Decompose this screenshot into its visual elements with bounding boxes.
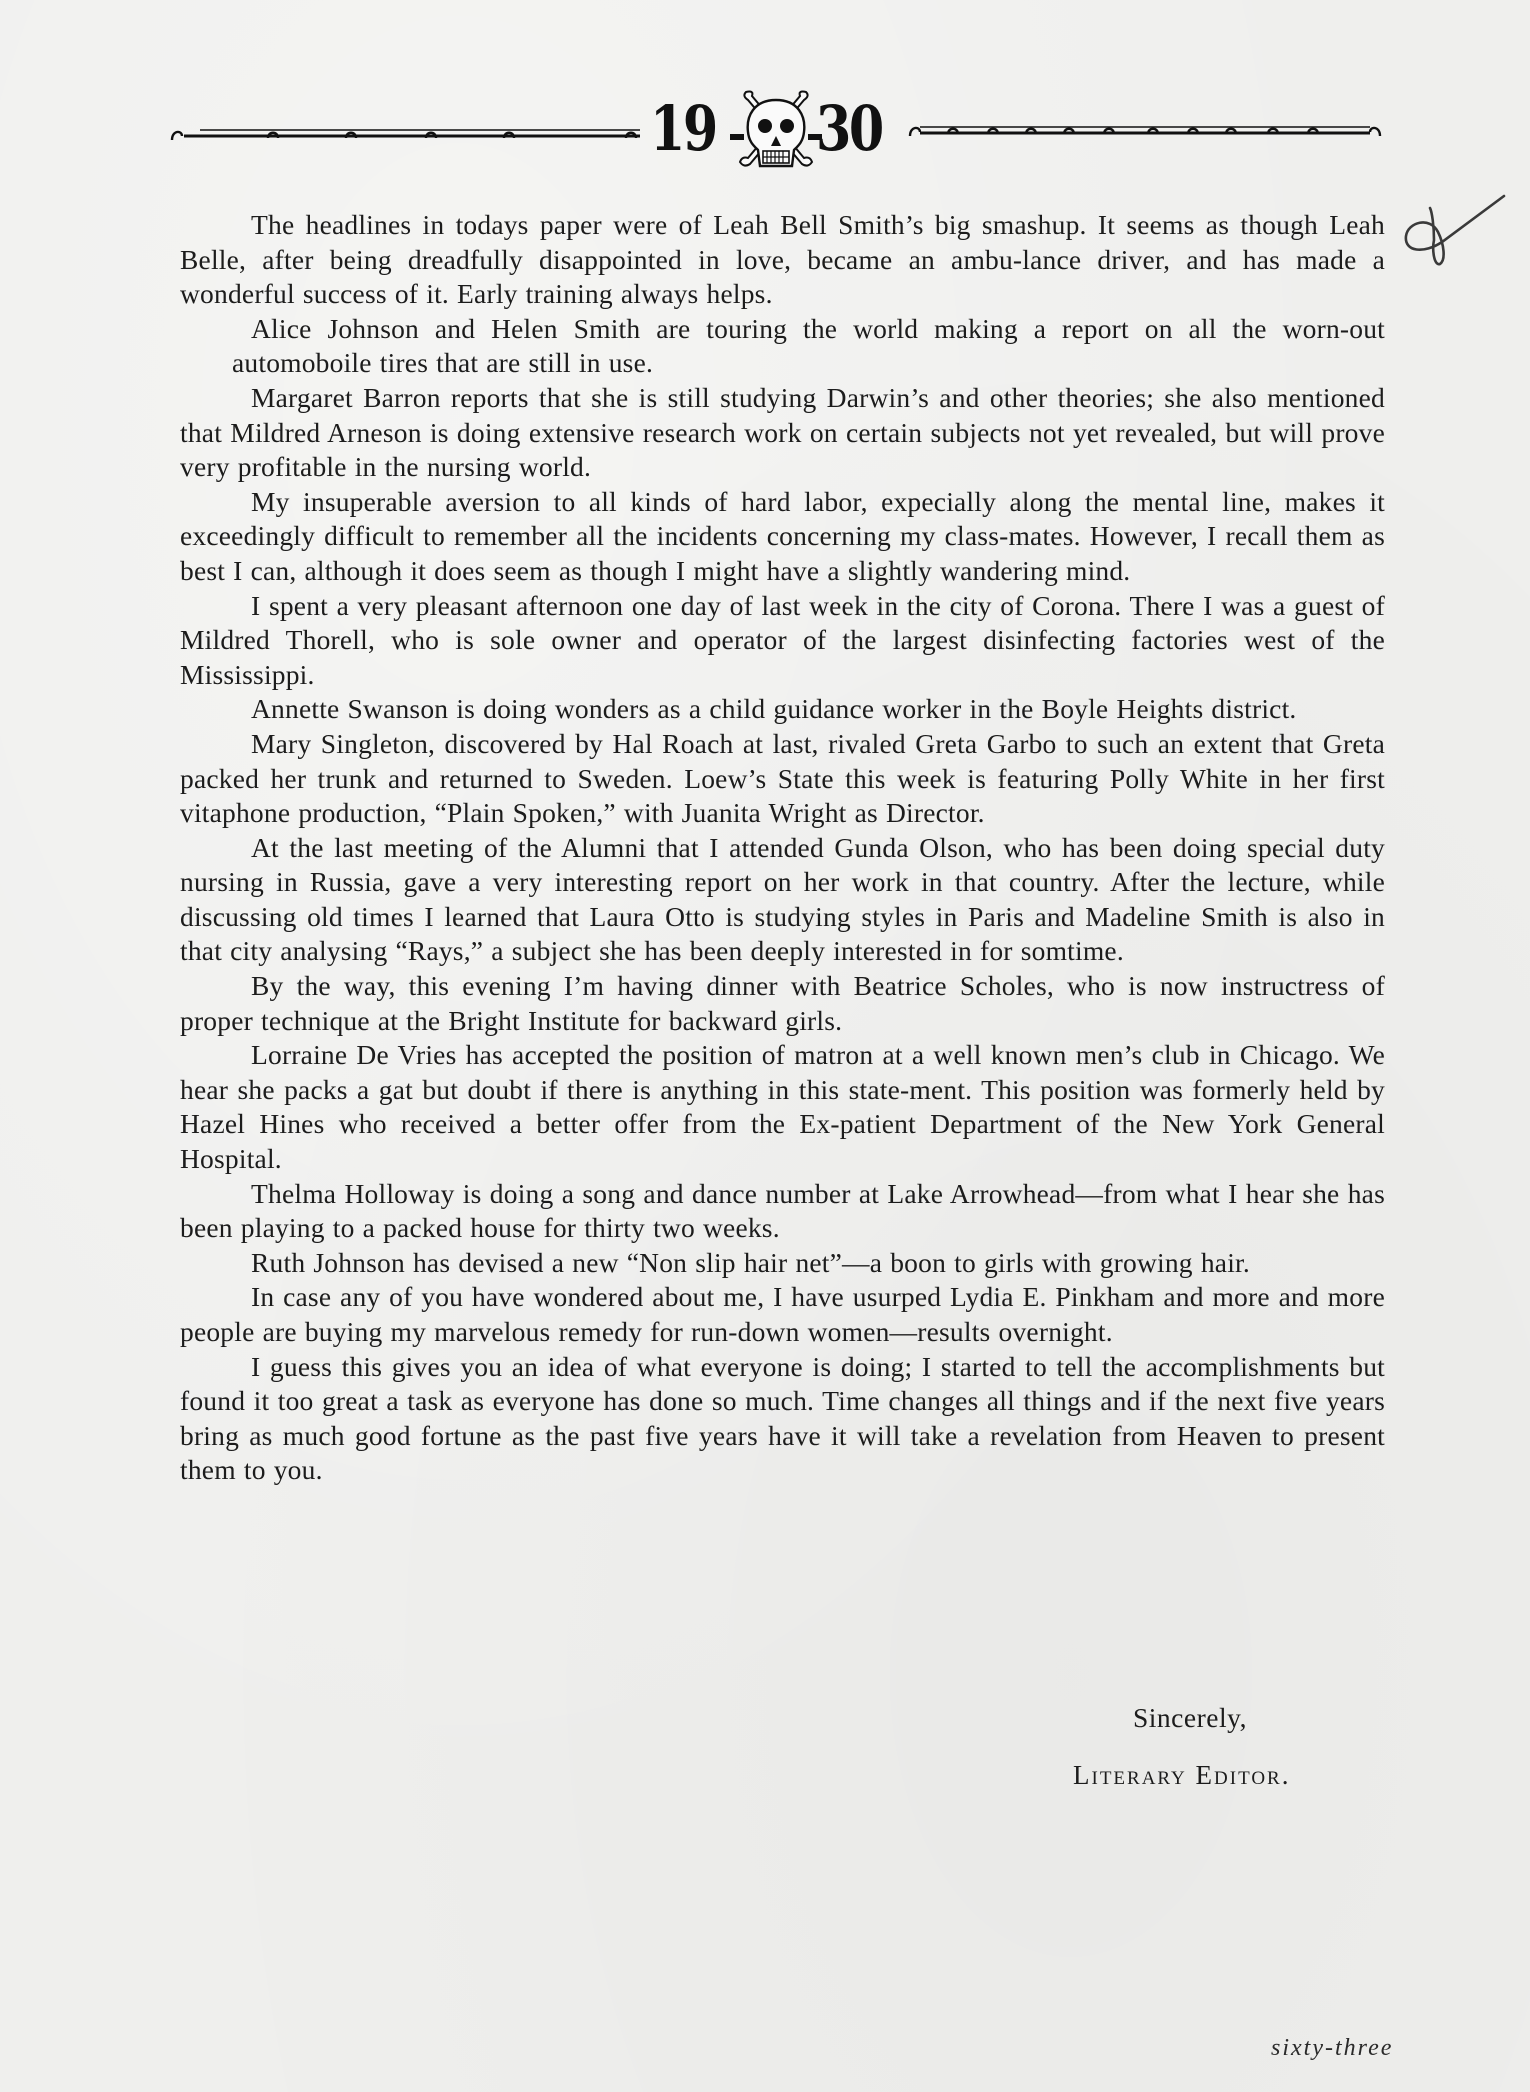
paragraph-ruth-johnson: Ruth Johnson has devised a new “Non slip… (180, 1246, 1385, 1281)
paragraph-corona-visit: I spent a very pleasant afternoon one da… (180, 589, 1385, 693)
paragraph-alumni-meeting: At the last meeting of the Alumni that I… (180, 831, 1385, 969)
valediction: Sincerely, (1133, 1702, 1247, 1734)
paragraph-alice-johnson: Alice Johnson and Helen Smith are tourin… (180, 312, 1385, 381)
paragraph-mary-singleton: Mary Singleton, discovered by Hal Roach … (180, 727, 1385, 831)
signature-literary-editor: Literary Editor. (1073, 1760, 1290, 1791)
paragraph-annette-swanson: Annette Swanson is doing wonders as a ch… (180, 692, 1385, 727)
page-number: sixty-three (1271, 2035, 1393, 2062)
year-header-ornament: 19 (170, 84, 1382, 180)
pencil-check-mark-icon (1400, 190, 1510, 280)
paragraph-lorraine-de-vries: Lorraine De Vries has accepted the posit… (180, 1038, 1385, 1176)
decorative-rule-left (170, 126, 640, 142)
document-page: 19 (0, 0, 1530, 2092)
paragraph-margaret-barron: Margaret Barron reports that she is stil… (180, 381, 1385, 485)
paragraph-leah-bell-smith: The headlines in todays paper were of Le… (180, 208, 1385, 312)
paragraph-lydia-pinkham: In case any of you have wondered about m… (180, 1280, 1385, 1349)
paragraph-insuperable-aversion: My insuperable aversion to all kinds of … (180, 485, 1385, 589)
letter-body: The headlines in todays paper were of Le… (180, 208, 1385, 1488)
year-left-digits: 19 (650, 98, 716, 160)
skull-and-crossbones-icon (730, 84, 822, 180)
paragraph-beatrice-scholes: By the way, this evening I’m having dinn… (180, 969, 1385, 1038)
paragraph-closing-remarks: I guess this gives you an idea of what e… (180, 1350, 1385, 1488)
paragraph-thelma-holloway: Thelma Holloway is doing a song and danc… (180, 1177, 1385, 1246)
year-right-digits: 30 (816, 98, 882, 160)
decorative-rule-right (908, 122, 1382, 138)
